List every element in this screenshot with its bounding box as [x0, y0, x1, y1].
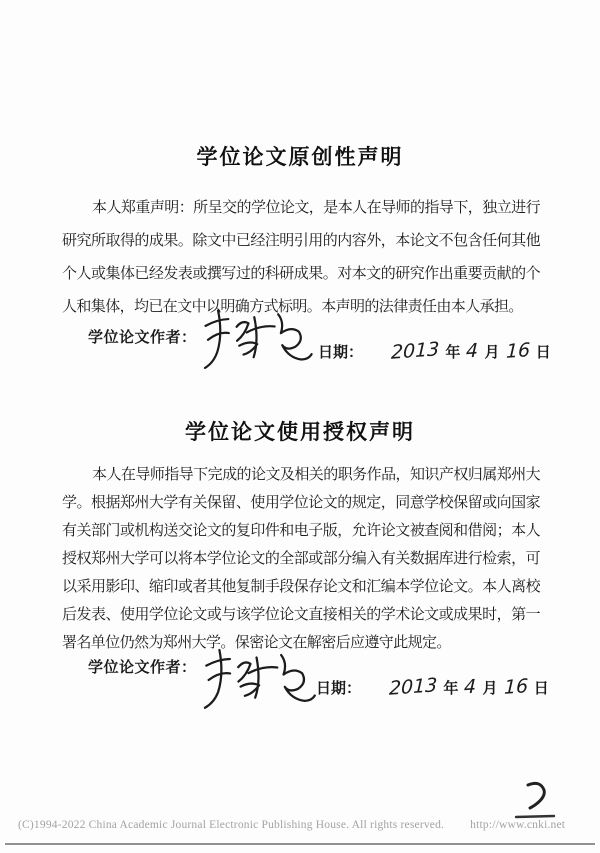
date-year-handwritten: 2013 — [391, 338, 440, 363]
date-day-handwritten: 16 — [503, 675, 528, 699]
footer-copyright-text: (C)1994-2022 China Academic Journal Elec… — [18, 819, 444, 831]
date-year-handwritten: 2013 — [389, 674, 438, 699]
date-label: 日期： — [316, 677, 361, 698]
date-day-unit: 日 — [534, 677, 549, 698]
date-line: 日期： 2013 年 4 月 16 日 — [316, 676, 549, 698]
date-month-handwritten: 4 — [466, 340, 479, 363]
usage-authorization-title: 学位论文使用授权声明 — [0, 416, 600, 446]
originality-declaration-title: 学位论文原创性声明 — [0, 141, 600, 171]
scanned-declaration-page: 学位论文原创性声明 本人郑重声明：所呈交的学位论文，是本人在导师的指导下，独立进… — [0, 0, 600, 853]
date-month-unit: 月 — [484, 341, 499, 362]
date-year-unit: 年 — [443, 677, 458, 698]
date-line: 日期： 2013 年 4 月 16 日 — [318, 340, 551, 362]
author-signature-handwriting — [197, 639, 324, 715]
author-signature-label: 学位论文作者： — [88, 656, 197, 677]
footer-url-text: http://www.cnki.net — [470, 819, 565, 831]
date-month-handwritten: 4 — [464, 676, 477, 699]
date-year-unit: 年 — [445, 341, 460, 362]
author-signature-handwriting — [197, 300, 321, 376]
page-bottom-rule — [5, 843, 595, 845]
usage-authorization-body: 本人在导师指导下完成的论文及相关的职务作品，知识产权归属郑州大学。根据郑州大学有… — [62, 461, 540, 657]
date-day-handwritten: 16 — [505, 339, 530, 363]
cnki-footer: (C)1994-2022 China Academic Journal Elec… — [18, 819, 582, 831]
date-day-unit: 日 — [536, 341, 551, 362]
date-label: 日期： — [318, 341, 363, 362]
date-month-unit: 月 — [482, 677, 497, 698]
author-signature-label: 学位论文作者： — [88, 326, 197, 347]
